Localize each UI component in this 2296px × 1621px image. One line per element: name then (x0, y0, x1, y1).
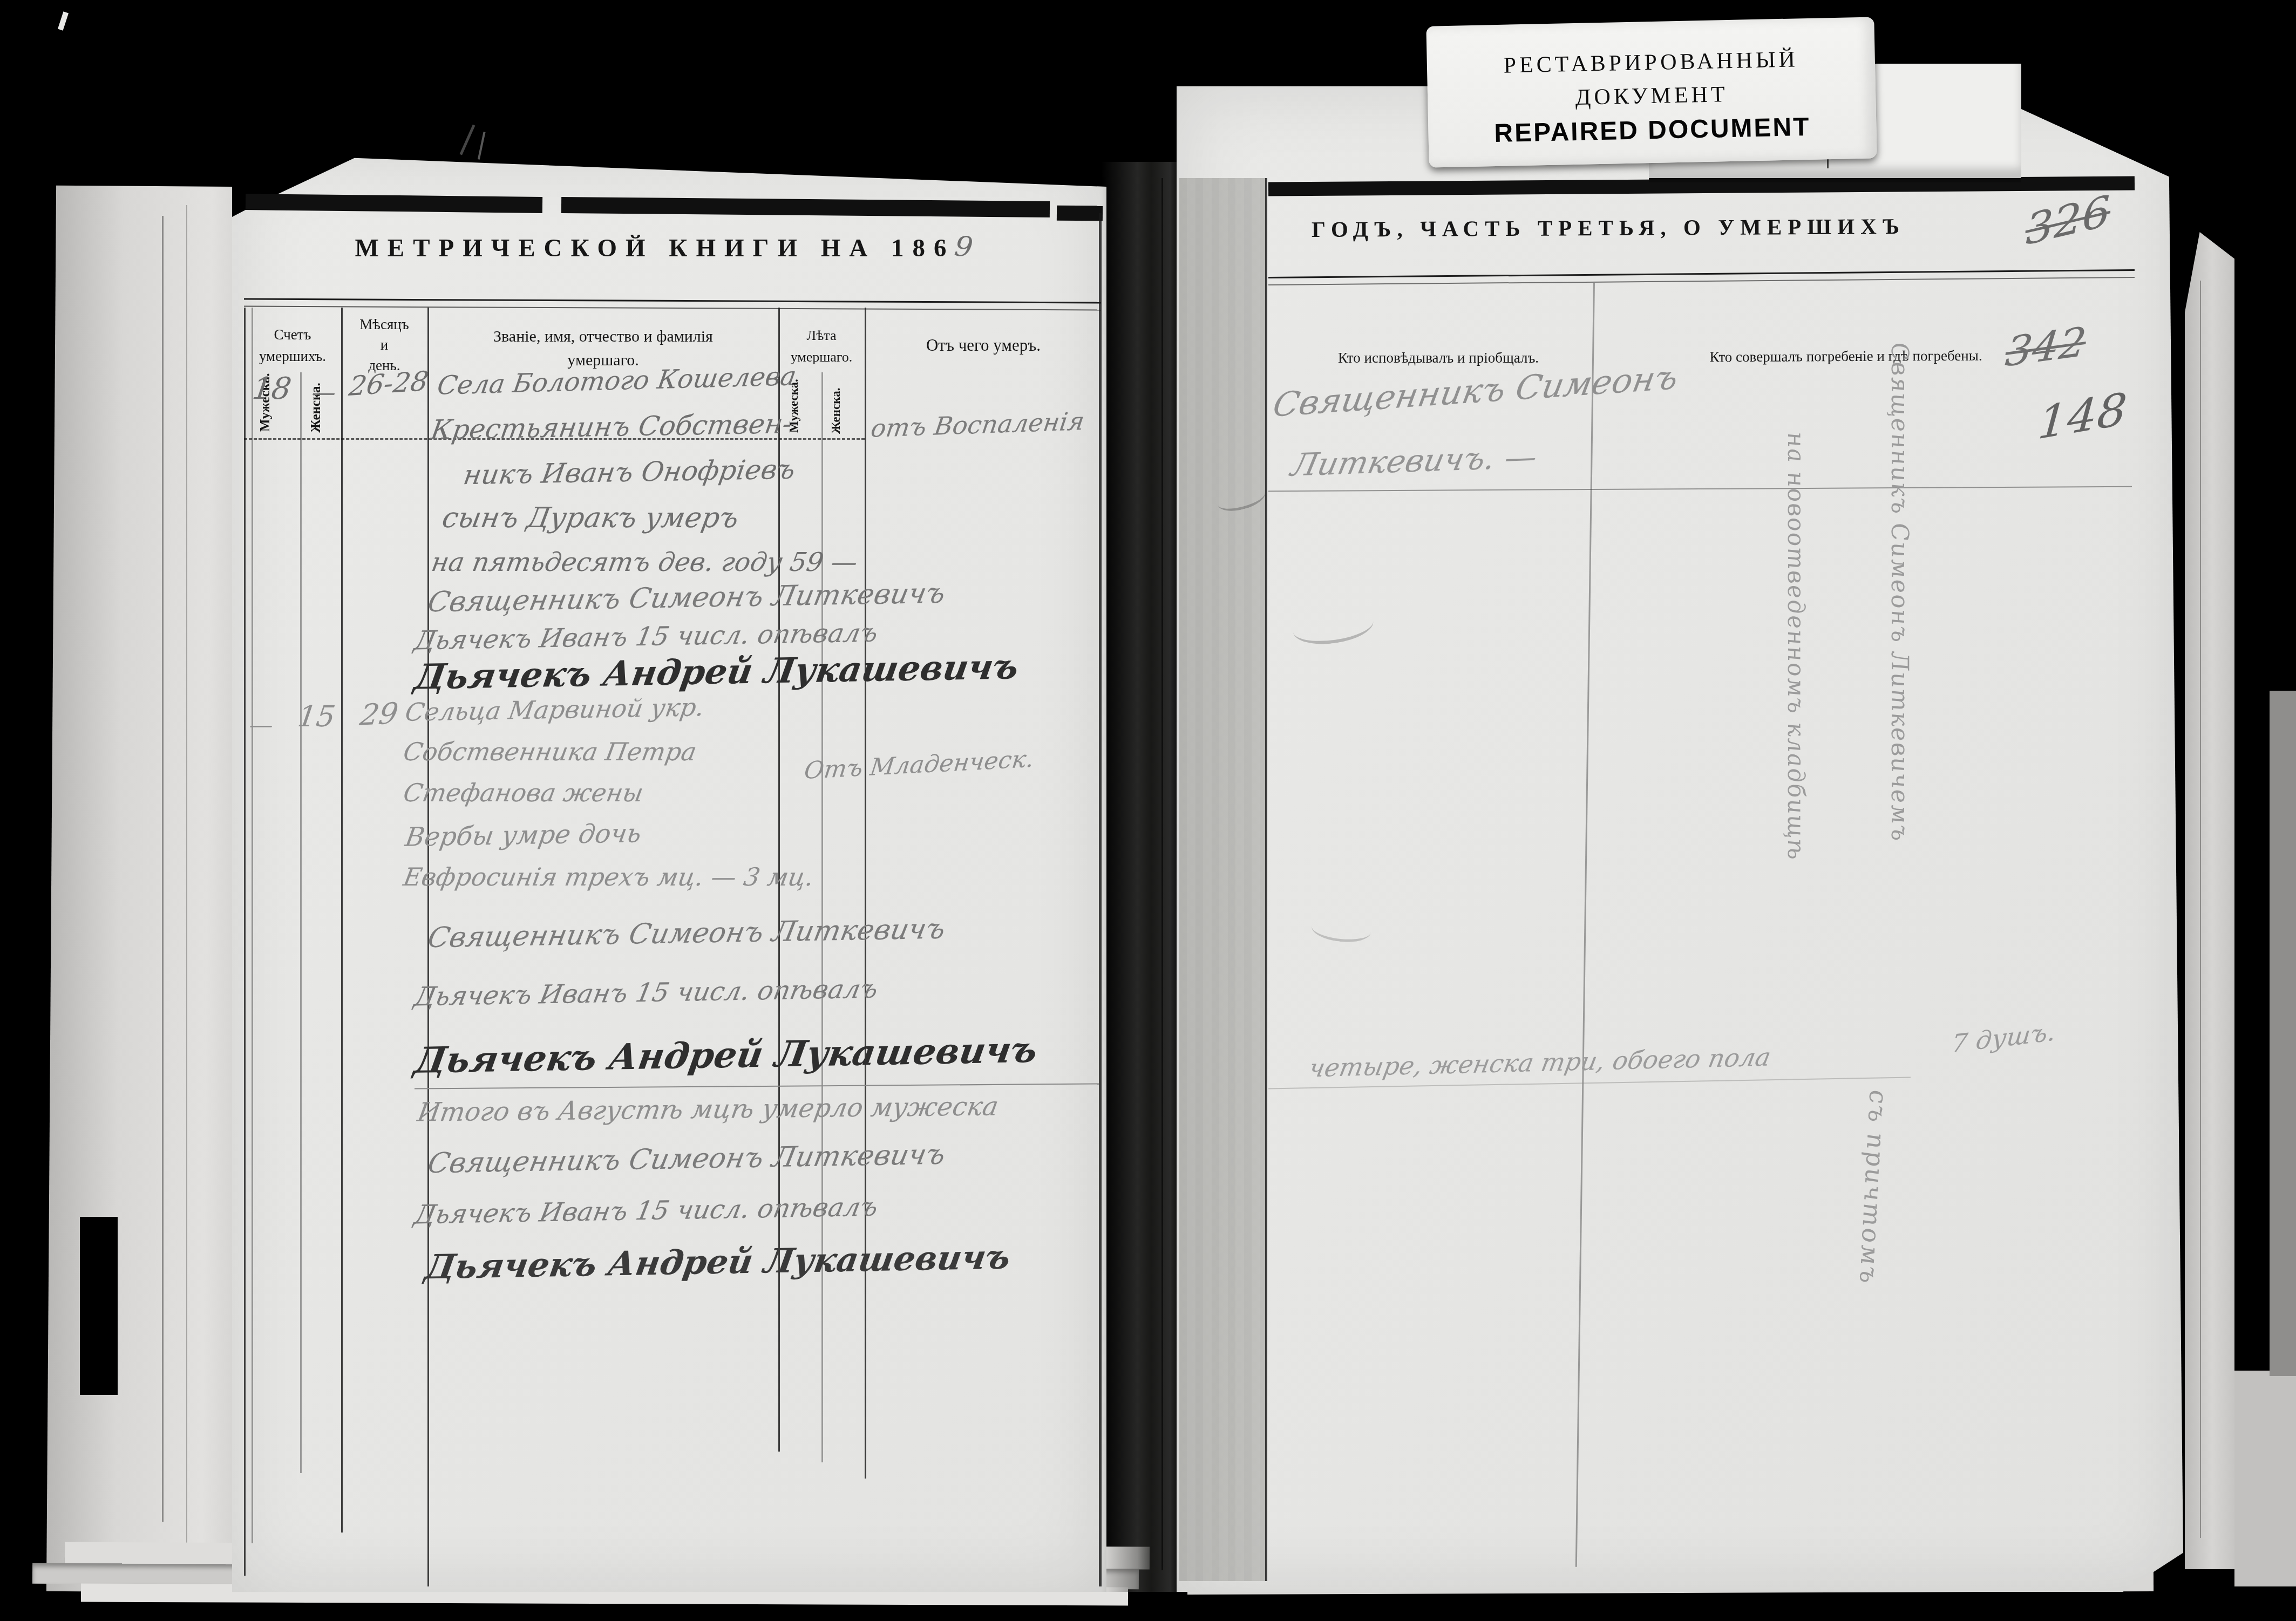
entry2-line4: Вербы умре дочь (403, 818, 644, 853)
right-stack-sliver-line (2200, 281, 2201, 1538)
col-count-line1: Счетъ (244, 324, 341, 345)
col-date-line1: Мѣсяцъ (342, 314, 426, 335)
left-head-bar-seg1 (246, 194, 542, 213)
entry1-line2: Крестьянинъ Собствен- (429, 408, 794, 446)
col-name-line1: Званіе, имя, отчество и фамилія (429, 325, 777, 349)
left-table-border-left2 (252, 308, 253, 1543)
stamp-line-russian-2: ДОКУМЕНТ (1428, 78, 1876, 113)
right-page-title: ГОДЪ, ЧАСТЬ ТРЕТЬЯ, О УМЕРШИХЪ (1290, 213, 1927, 242)
entry2-line5: Евфросинія трехъ мц. — 3 мц. (401, 862, 816, 891)
left-table-line-count-sub (300, 372, 302, 1473)
right-page (1177, 86, 2183, 1592)
entry1-line3: никъ Иванъ Онофріевъ (461, 454, 797, 491)
photographed-register-spread: МЕТРИЧЕСКОЙ КНИГИ НА 1869 Счетъ умершихъ… (0, 0, 2296, 1621)
right-table-border-left (1265, 178, 1267, 1581)
col-count-line2: умершихъ. (244, 345, 341, 367)
left-table-line-count-end (341, 308, 343, 1533)
right-stack-sliver-1 (2185, 232, 2234, 1569)
entry1-line5: на пятьдесятъ дев. году 59 — (429, 547, 860, 577)
subcol-age-female: Женска. (829, 388, 843, 434)
right-diagonal-line1: Священникъ Симеонъ Литкевичемъ (1886, 341, 1913, 843)
entry2-date: 29 (358, 696, 400, 732)
gutter-crease-line (1161, 178, 1163, 1570)
stamp-line-english: REPAIRED DOCUMENT (1428, 111, 1877, 149)
stack-edge-line-1 (162, 216, 164, 1522)
col-header-count: Счетъ умершихъ. (244, 324, 341, 367)
entry1-count-male: 18 (250, 371, 293, 406)
left-head-bar-seg3 (1057, 206, 1103, 221)
entry2-line2: Собственника Петра (401, 737, 698, 766)
repaired-document-stamp: РЕСТАВРИРОВАННЫЙ ДОКУМЕНТ REPAIRED DOCUM… (1426, 17, 1877, 167)
entry1-count-female: — (310, 379, 337, 406)
entry2-count-female: 15 (296, 699, 338, 733)
repair-tissue-band (1179, 178, 1266, 1581)
entry2-line1: Сельца Марвиной укр. (403, 692, 707, 727)
left-page-stack-edge (46, 186, 250, 1592)
stamp-line-russian-1: РЕСТАВРИРОВАННЫЙ (1426, 45, 1875, 80)
col-header-cause: Отъ чего умеръ. (866, 336, 1101, 355)
film-speck (58, 11, 69, 30)
left-title-printed: МЕТРИЧЕСКОЙ КНИГИ НА 186 (355, 234, 955, 262)
col-age-line1: Лѣта (779, 325, 864, 346)
entry2-count-male: — (247, 711, 275, 739)
right-diagonal-line2: на новоотведенномъ кладбищѣ (1782, 431, 1809, 862)
left-table-line-age-end (865, 308, 866, 1479)
book-gutter-shadow (1101, 162, 1182, 1592)
right-stack-sliver-3 (2270, 691, 2296, 1376)
right-stack-sliver-2 (2234, 1371, 2296, 1586)
entry2-line3: Стефанова жены (401, 778, 646, 807)
entry1-line4: сынъ Дуракъ умеръ (440, 502, 741, 534)
col-header-confessor: Кто исповѣдывалъ и пріобщалъ. (1293, 350, 1584, 366)
left-title-handwritten-year: 9 (953, 230, 975, 264)
left-table-border-left (244, 308, 246, 1576)
col-header-burial: Кто совершалъ погребеніе и гдѣ погребены… (1616, 347, 2075, 366)
left-total-line: Итого въ Августѣ мцѣ умерло мужеска (415, 1091, 1001, 1127)
stack-edge-line-2 (186, 205, 187, 1543)
col-date-line2: и (342, 335, 426, 355)
left-page-title: МЕТРИЧЕСКОЙ КНИГИ НА 1869 (281, 231, 1047, 263)
stack-edge-gap (80, 1217, 118, 1395)
entry1-date: 26-28 (347, 365, 430, 402)
